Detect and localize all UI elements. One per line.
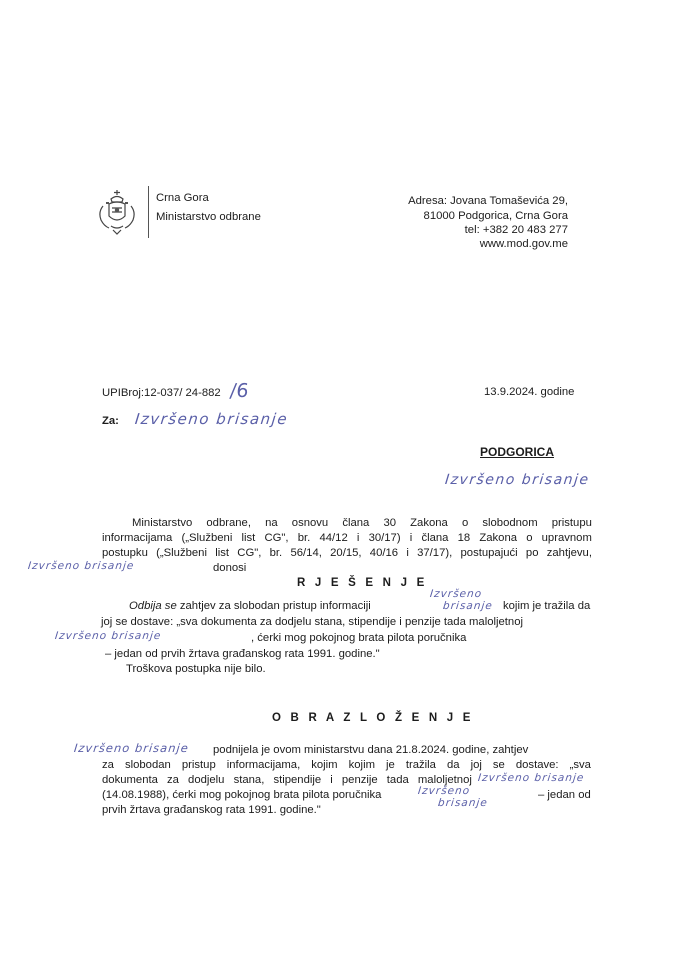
word: penzije bbox=[342, 774, 378, 786]
to-redacted: Izvršeno brisanje bbox=[134, 410, 289, 428]
reasoning-redacted-3-bottom: brisanje bbox=[437, 797, 488, 809]
to-label: Za: bbox=[102, 415, 119, 427]
word: upravnom bbox=[542, 532, 592, 544]
document-date: 13.9.2024. godine bbox=[484, 386, 574, 398]
decision-heading: R J E Š E N J E bbox=[297, 577, 427, 589]
word: odbrane, bbox=[206, 517, 251, 529]
website: www.mod.gov.me bbox=[480, 238, 568, 250]
decision-p2: joj se dostave: „sva dokumenta za dodjel… bbox=[101, 616, 523, 628]
word: br. bbox=[298, 532, 311, 544]
word: 37/17), bbox=[417, 547, 452, 559]
word: („Službeni bbox=[181, 532, 232, 544]
reference-number: UPIBroj:12-037/ 24-882 bbox=[102, 387, 221, 399]
reasoning-line-3: dokumentazadodjelustana,stipendijeipenzi… bbox=[102, 774, 472, 786]
decision-p1-italic: Odbija se bbox=[129, 600, 177, 612]
reasoning-line-1: podnijela je ovom ministarstvu dana 21.8… bbox=[213, 744, 528, 756]
word: CG", bbox=[264, 532, 288, 544]
word: pristup bbox=[182, 759, 216, 771]
word: („Službeni bbox=[156, 547, 207, 559]
word: tražila bbox=[406, 759, 436, 771]
word: informacijama bbox=[102, 532, 172, 544]
word: se bbox=[493, 759, 505, 771]
word: 44/12 bbox=[319, 532, 347, 544]
decision-p1-text: zahtjev za slobodan pristup informaciji bbox=[177, 600, 371, 612]
decision-redacted-bottom: brisanje bbox=[442, 600, 493, 612]
word: kojim bbox=[349, 759, 375, 771]
word: slobodnom bbox=[482, 517, 537, 529]
word: stipendije bbox=[273, 774, 321, 786]
intro-line-1: Ministarstvoodbrane,naosnovučlana30Zakon… bbox=[132, 517, 592, 529]
word: Ministarstvo bbox=[132, 517, 192, 529]
word: Zakona bbox=[410, 517, 448, 529]
city-heading: PODGORICA bbox=[480, 445, 554, 459]
reasoning-line-2: zaslobodanpristupinformacijama,kojimkoji… bbox=[102, 759, 591, 771]
intro-line-2: informacijama(„SlužbenilistCG",br.44/12i… bbox=[102, 532, 592, 544]
word: slobodan bbox=[125, 759, 171, 771]
decision-p3: , ćerki mog pokojnog brata pilota poručn… bbox=[251, 632, 466, 644]
intro-donosi: donosi bbox=[213, 562, 246, 574]
word: na bbox=[265, 517, 278, 529]
word: CG", bbox=[237, 547, 261, 559]
decision-p1: Odbija se zahtjev za slobodan pristup in… bbox=[129, 600, 371, 612]
word: 30/17) bbox=[369, 532, 401, 544]
country-name: Crna Gora bbox=[156, 192, 209, 204]
word: stana, bbox=[234, 774, 265, 786]
word: 40/16 bbox=[370, 547, 398, 559]
word: 30 bbox=[383, 517, 396, 529]
word: 20/15, bbox=[330, 547, 361, 559]
reasoning-line-4: (14.08.1988), ćerki mog pokojnog brata p… bbox=[102, 789, 381, 801]
word: joj bbox=[471, 759, 482, 771]
word: postupku bbox=[102, 547, 148, 559]
word: za bbox=[102, 759, 114, 771]
reference-handwritten-suffix: /6 bbox=[229, 380, 250, 402]
reasoning-redacted-2: Izvršeno brisanje bbox=[477, 772, 585, 784]
decision-p1-after: kojim je tražila da bbox=[503, 600, 590, 612]
word: je bbox=[386, 759, 395, 771]
word: 18 bbox=[458, 532, 471, 544]
word: br. bbox=[270, 547, 283, 559]
address-line-2: 81000 Podgorica, Crna Gora bbox=[424, 210, 568, 222]
costs-statement: Troškova postupka nije bilo. bbox=[126, 663, 266, 675]
word: člana bbox=[342, 517, 369, 529]
reasoning-redacted-3-top: Izvršeno bbox=[417, 785, 470, 797]
word: dokumenta bbox=[102, 774, 158, 786]
word: list bbox=[215, 547, 229, 559]
word: postupajući bbox=[461, 547, 518, 559]
intro-line-3: postupku(„SlužbenilistCG",br.56/14,20/15… bbox=[102, 547, 592, 559]
word: Zakona bbox=[479, 532, 517, 544]
header-divider bbox=[148, 186, 149, 238]
reasoning-line-5: prvih žrtava građanskog rata 1991. godin… bbox=[102, 804, 321, 816]
word: osnovu bbox=[292, 517, 328, 529]
word: i bbox=[410, 532, 413, 544]
word: za bbox=[167, 774, 179, 786]
word: zahtjevu, bbox=[547, 547, 592, 559]
coat-of-arms-icon bbox=[97, 188, 137, 236]
word: po bbox=[526, 547, 539, 559]
reasoning-line-4-after: – jedan od bbox=[538, 789, 591, 801]
word: list bbox=[242, 532, 256, 544]
word: da bbox=[447, 759, 460, 771]
word: kojim bbox=[311, 759, 337, 771]
word: o bbox=[526, 532, 532, 544]
decision-redacted-top: Izvršeno bbox=[429, 588, 482, 600]
word: informacijama, bbox=[227, 759, 300, 771]
word: „sva bbox=[570, 759, 591, 771]
decision-p4: – jedan od prvih žrtava građanskog rata … bbox=[105, 648, 380, 660]
word: o bbox=[462, 517, 468, 529]
decision-redacted-2: Izvršeno brisanje bbox=[54, 630, 162, 642]
word: 56/14, bbox=[290, 547, 321, 559]
intro-redacted: Izvršeno brisanje bbox=[27, 560, 135, 572]
word: i bbox=[406, 547, 409, 559]
word: dostave: bbox=[516, 759, 559, 771]
word: i bbox=[330, 774, 333, 786]
word: člana bbox=[421, 532, 448, 544]
phone: tel: +382 20 483 277 bbox=[465, 224, 568, 236]
word: i bbox=[357, 532, 360, 544]
address-line-1: Adresa: Jovana Tomaševića 29, bbox=[408, 195, 568, 207]
reasoning-redacted-1: Izvršeno brisanje bbox=[73, 741, 189, 755]
word: dodjelu bbox=[188, 774, 224, 786]
word: tada bbox=[387, 774, 409, 786]
ministry-name: Ministarstvo odbrane bbox=[156, 211, 261, 223]
reasoning-heading: O B R A Z L O Ž E N J E bbox=[272, 712, 474, 724]
word: pristupu bbox=[552, 517, 592, 529]
city-redacted: Izvršeno brisanje bbox=[444, 472, 590, 488]
